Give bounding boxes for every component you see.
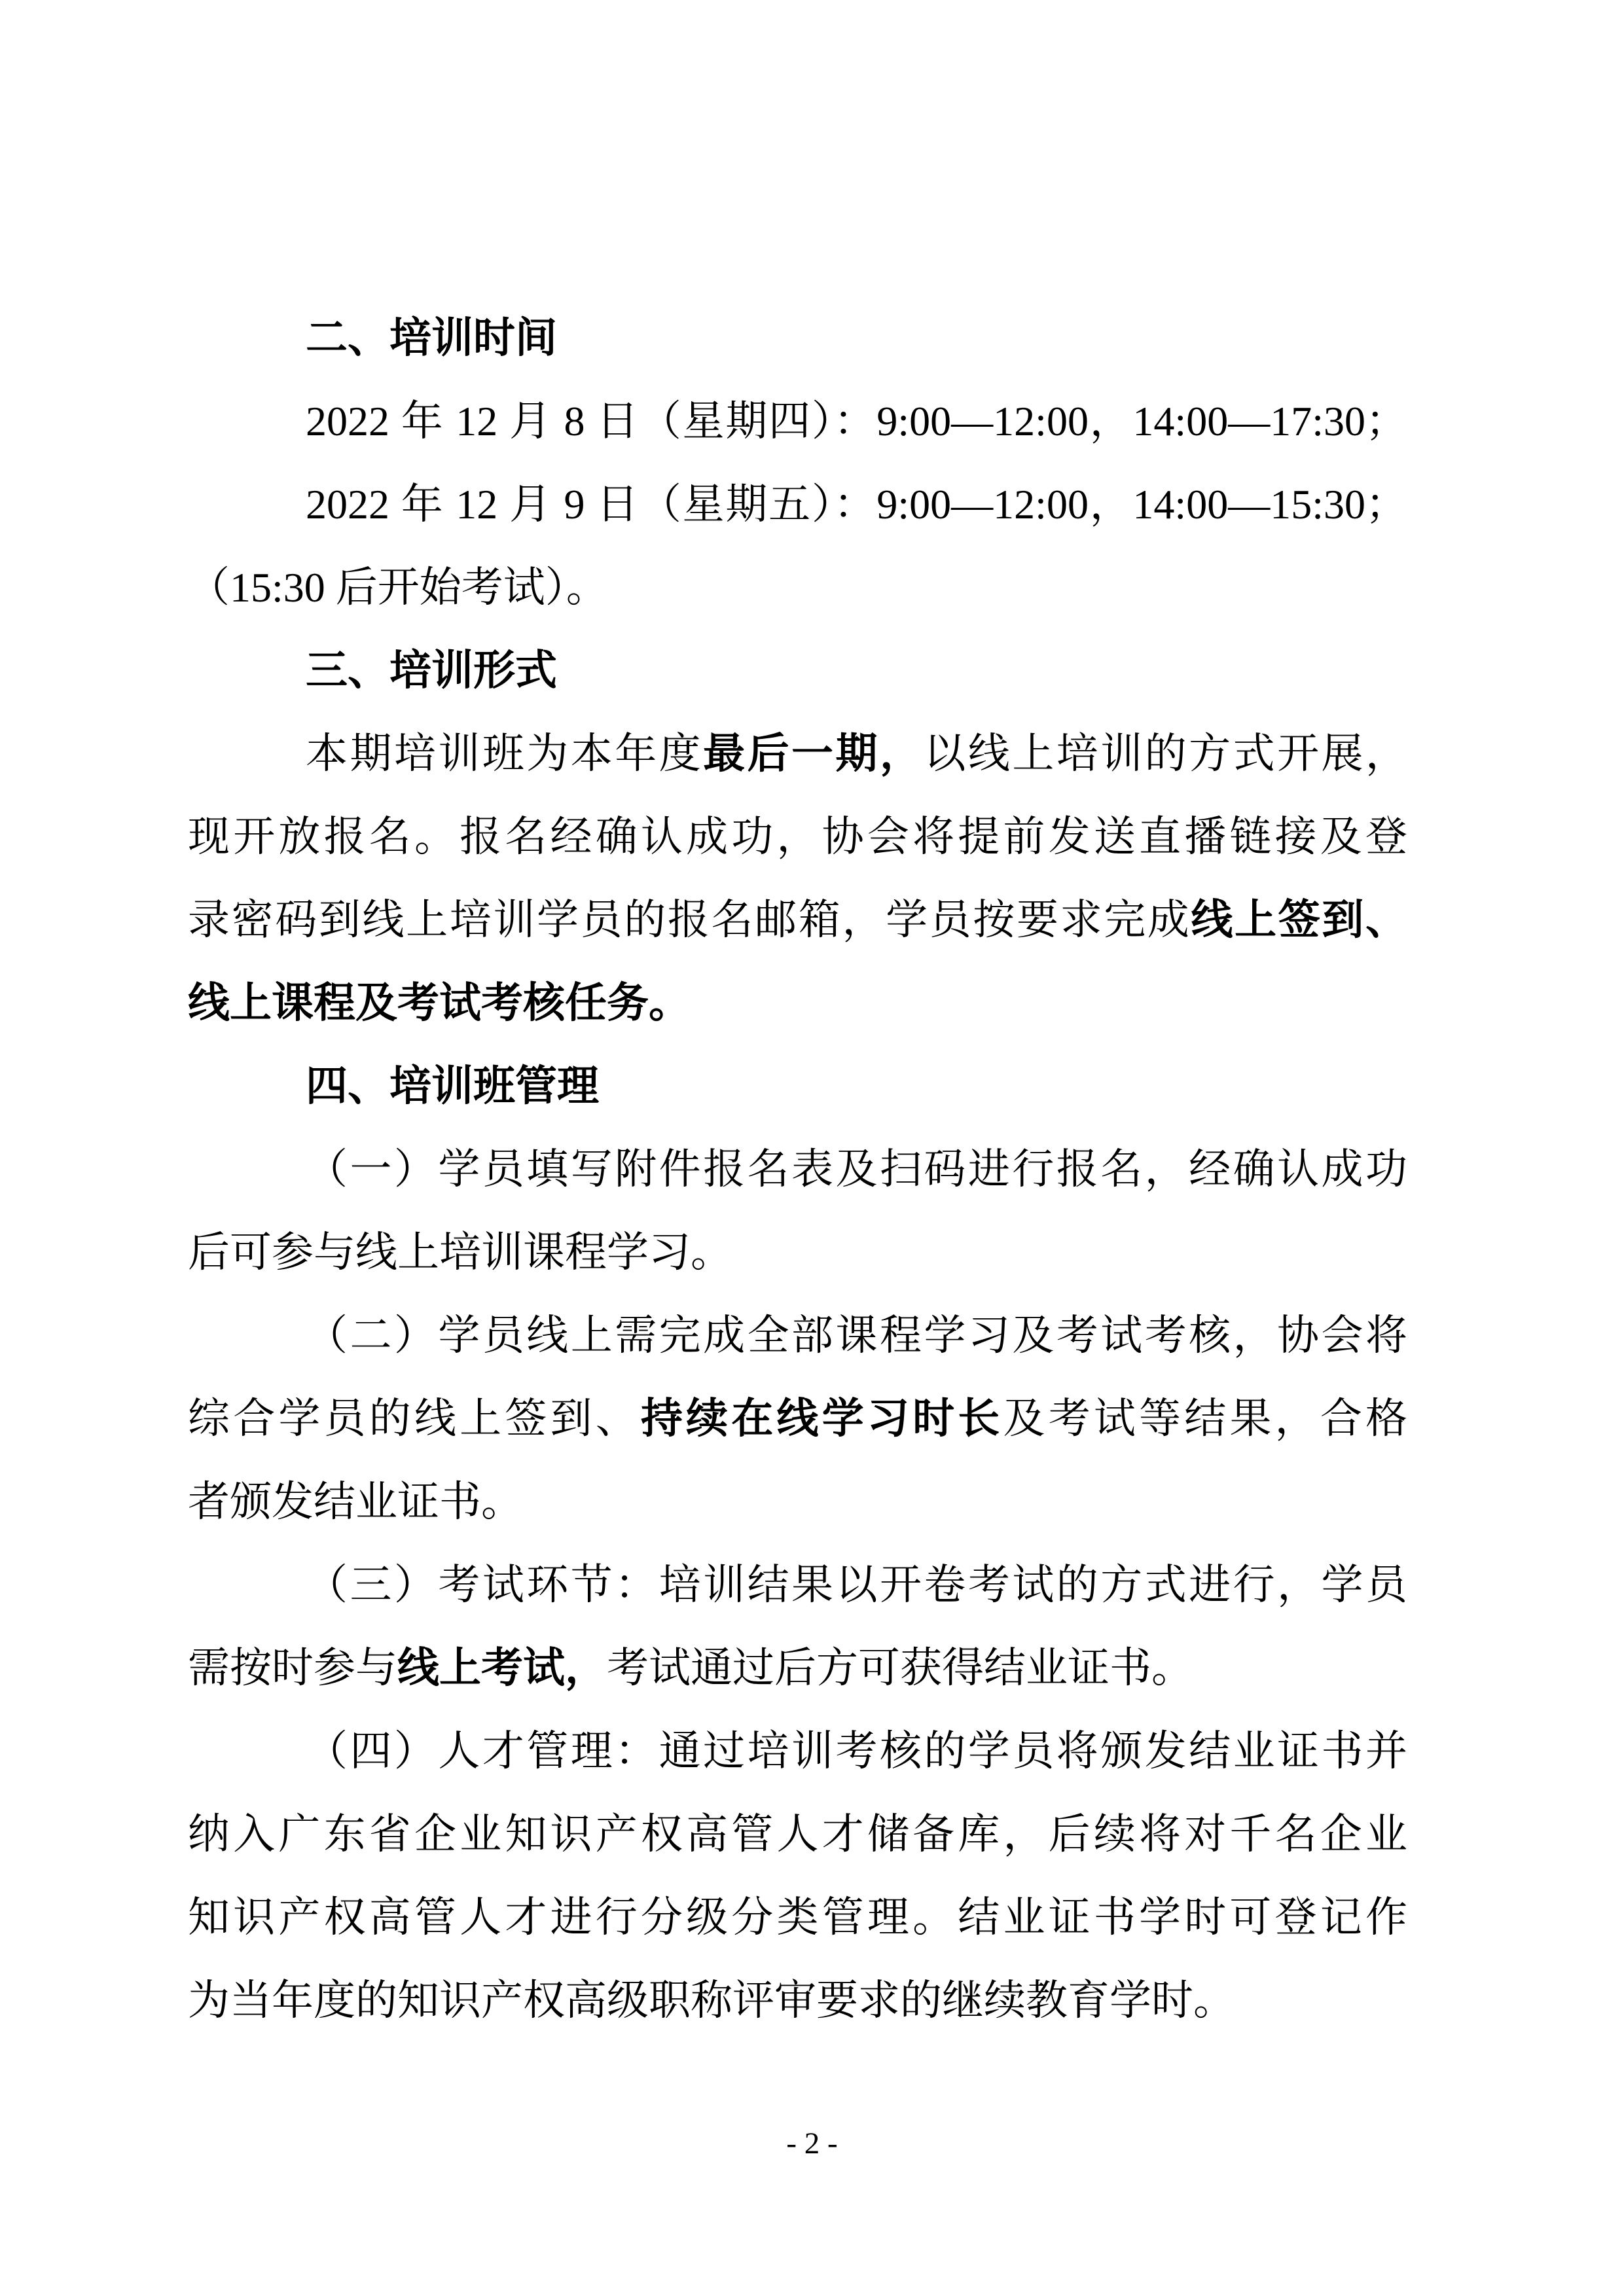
text-line: 后可参与线上培训课程学习。 bbox=[188, 1211, 1407, 1294]
section-heading: 二、培训时间 bbox=[306, 296, 1407, 380]
bold-text-segment: 线上考试， bbox=[397, 1645, 607, 1691]
text-segment: 考试通过后方可获得结业证书。 bbox=[607, 1645, 1193, 1691]
text-segment: 知识产权高管人才进行分级分类管理。结业证书学时可登记作 bbox=[188, 1894, 1407, 1941]
text-segment: 以线上培训的方式开展， bbox=[924, 730, 1407, 777]
text-line: 2022 年 12 月 9 日（星期五）：9:00—12:00，14:00—15… bbox=[188, 463, 1407, 546]
text-segment: 为当年度的知识产权高级职称评审要求的继续教育学时。 bbox=[188, 1977, 1235, 2024]
text-line: （四）人才管理：通过培训考核的学员将颁发结业证书并 bbox=[188, 1710, 1407, 1793]
text-segment: （三）考试环节：培训结果以开卷考试的方式进行，学员 bbox=[306, 1562, 1407, 1608]
text-segment: 纳入广东省企业知识产权高管人才储备库，后续将对千名企业 bbox=[188, 1811, 1407, 1857]
bold-text-segment: 三、培训形式 bbox=[306, 647, 557, 694]
section-heading: 四、培训班管理 bbox=[306, 1045, 1407, 1128]
text-segment: 本期培训班为本年度 bbox=[306, 730, 703, 777]
text-segment: 后可参与线上培训课程学习。 bbox=[188, 1229, 732, 1276]
text-line: 者颁发结业证书。 bbox=[188, 1460, 1407, 1543]
text-line: 现开放报名。报名经确认成功，协会将提前发送直播链接及登 bbox=[188, 795, 1407, 878]
text-line: 综合学员的线上签到、持续在线学习时长及考试等结果，合格 bbox=[188, 1377, 1407, 1460]
page-number: - 2 - bbox=[0, 2125, 1624, 2162]
bold-text-segment: 线上签到、 bbox=[1191, 897, 1407, 943]
section-heading: 三、培训形式 bbox=[306, 629, 1407, 712]
text-line: 纳入广东省企业知识产权高管人才储备库，后续将对千名企业 bbox=[188, 1793, 1407, 1876]
text-segment: 2022 年 12 月 9 日（星期五）：9:00—12:00，14:00—15… bbox=[306, 481, 1407, 528]
bold-text-segment: 持续在线学习时长 bbox=[641, 1395, 1003, 1442]
text-line: 为当年度的知识产权高级职称评审要求的继续教育学时。 bbox=[188, 1959, 1407, 2042]
text-line: 需按时参与线上考试，考试通过后方可获得结业证书。 bbox=[188, 1626, 1407, 1710]
text-segment: 2022 年 12 月 8 日（星期四）：9:00—12:00，14:00—17… bbox=[306, 398, 1407, 444]
text-line: （一）学员填写附件报名表及扫码进行报名，经确认成功 bbox=[188, 1128, 1407, 1211]
text-line: 知识产权高管人才进行分级分类管理。结业证书学时可登记作 bbox=[188, 1876, 1407, 1959]
document-page: 二、培训时间2022 年 12 月 8 日（星期四）：9:00—12:00，14… bbox=[0, 0, 1624, 2296]
bold-text-segment: 最后一期， bbox=[703, 730, 924, 777]
bold-text-segment: 四、培训班管理 bbox=[306, 1062, 599, 1109]
text-line: 本期培训班为本年度最后一期，以线上培训的方式开展， bbox=[188, 712, 1407, 795]
text-line: 2022 年 12 月 8 日（星期四）：9:00—12:00，14:00—17… bbox=[188, 380, 1407, 463]
text-line: （三）考试环节：培训结果以开卷考试的方式进行，学员 bbox=[188, 1543, 1407, 1626]
text-segment: （四）人才管理：通过培训考核的学员将颁发结业证书并 bbox=[306, 1728, 1407, 1774]
text-segment: （15:30 后开始考试）。 bbox=[188, 564, 608, 611]
text-segment: （二）学员线上需完成全部课程学习及考试考核，协会将 bbox=[306, 1312, 1407, 1359]
text-line: （15:30 后开始考试）。 bbox=[188, 546, 1407, 629]
text-segment: 综合学员的线上签到、 bbox=[188, 1395, 641, 1442]
text-segment: 需按时参与 bbox=[188, 1645, 397, 1691]
text-segment: （一）学员填写附件报名表及扫码进行报名，经确认成功 bbox=[306, 1146, 1407, 1193]
text-line: 录密码到线上培训学员的报名邮箱，学员按要求完成线上签到、 bbox=[188, 878, 1407, 961]
bold-text-segment: 二、培训时间 bbox=[306, 314, 557, 361]
text-segment: 者颁发结业证书。 bbox=[188, 1479, 523, 1525]
text-line: 线上课程及考试考核任务。 bbox=[188, 961, 1407, 1045]
text-segment: 及考试等结果，合格 bbox=[1003, 1395, 1407, 1442]
document-body: 二、培训时间2022 年 12 月 8 日（星期四）：9:00—12:00，14… bbox=[188, 296, 1407, 2042]
bold-text-segment: 线上课程及考试考核任务。 bbox=[188, 980, 691, 1026]
text-segment: 现开放报名。报名经确认成功，协会将提前发送直播链接及登 bbox=[188, 814, 1407, 860]
text-segment: 录密码到线上培训学员的报名邮箱，学员按要求完成 bbox=[188, 897, 1191, 943]
text-line: （二）学员线上需完成全部课程学习及考试考核，协会将 bbox=[188, 1294, 1407, 1377]
